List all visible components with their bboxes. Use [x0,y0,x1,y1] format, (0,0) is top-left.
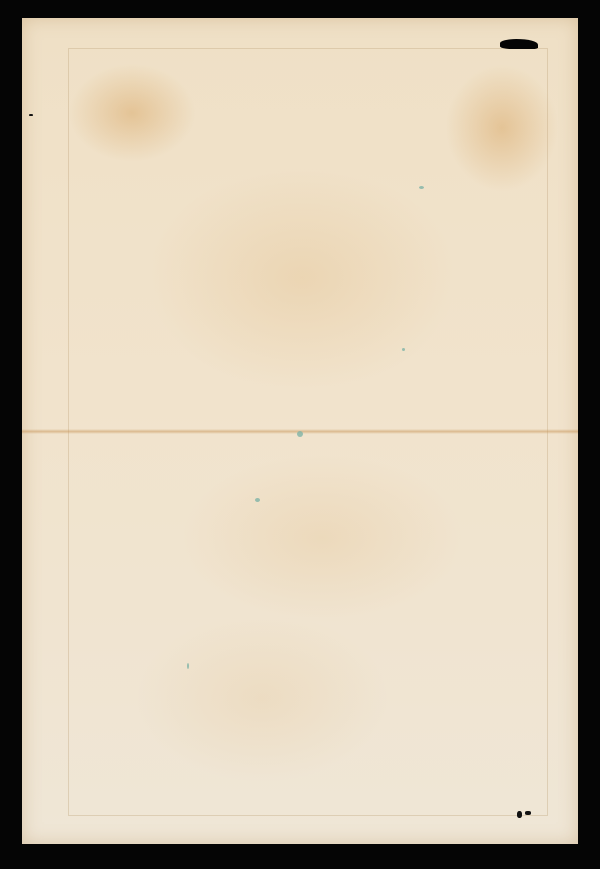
ink-spot [525,811,531,815]
pigment-speck [419,186,424,189]
pigment-speck [255,498,260,502]
top-right-tear [500,39,538,49]
pigment-speck [187,663,189,669]
ink-spot [29,114,33,116]
ink-spot [517,811,522,818]
pigment-speck [402,348,405,351]
paper-sheet [22,18,578,844]
pigment-speck [297,431,303,437]
